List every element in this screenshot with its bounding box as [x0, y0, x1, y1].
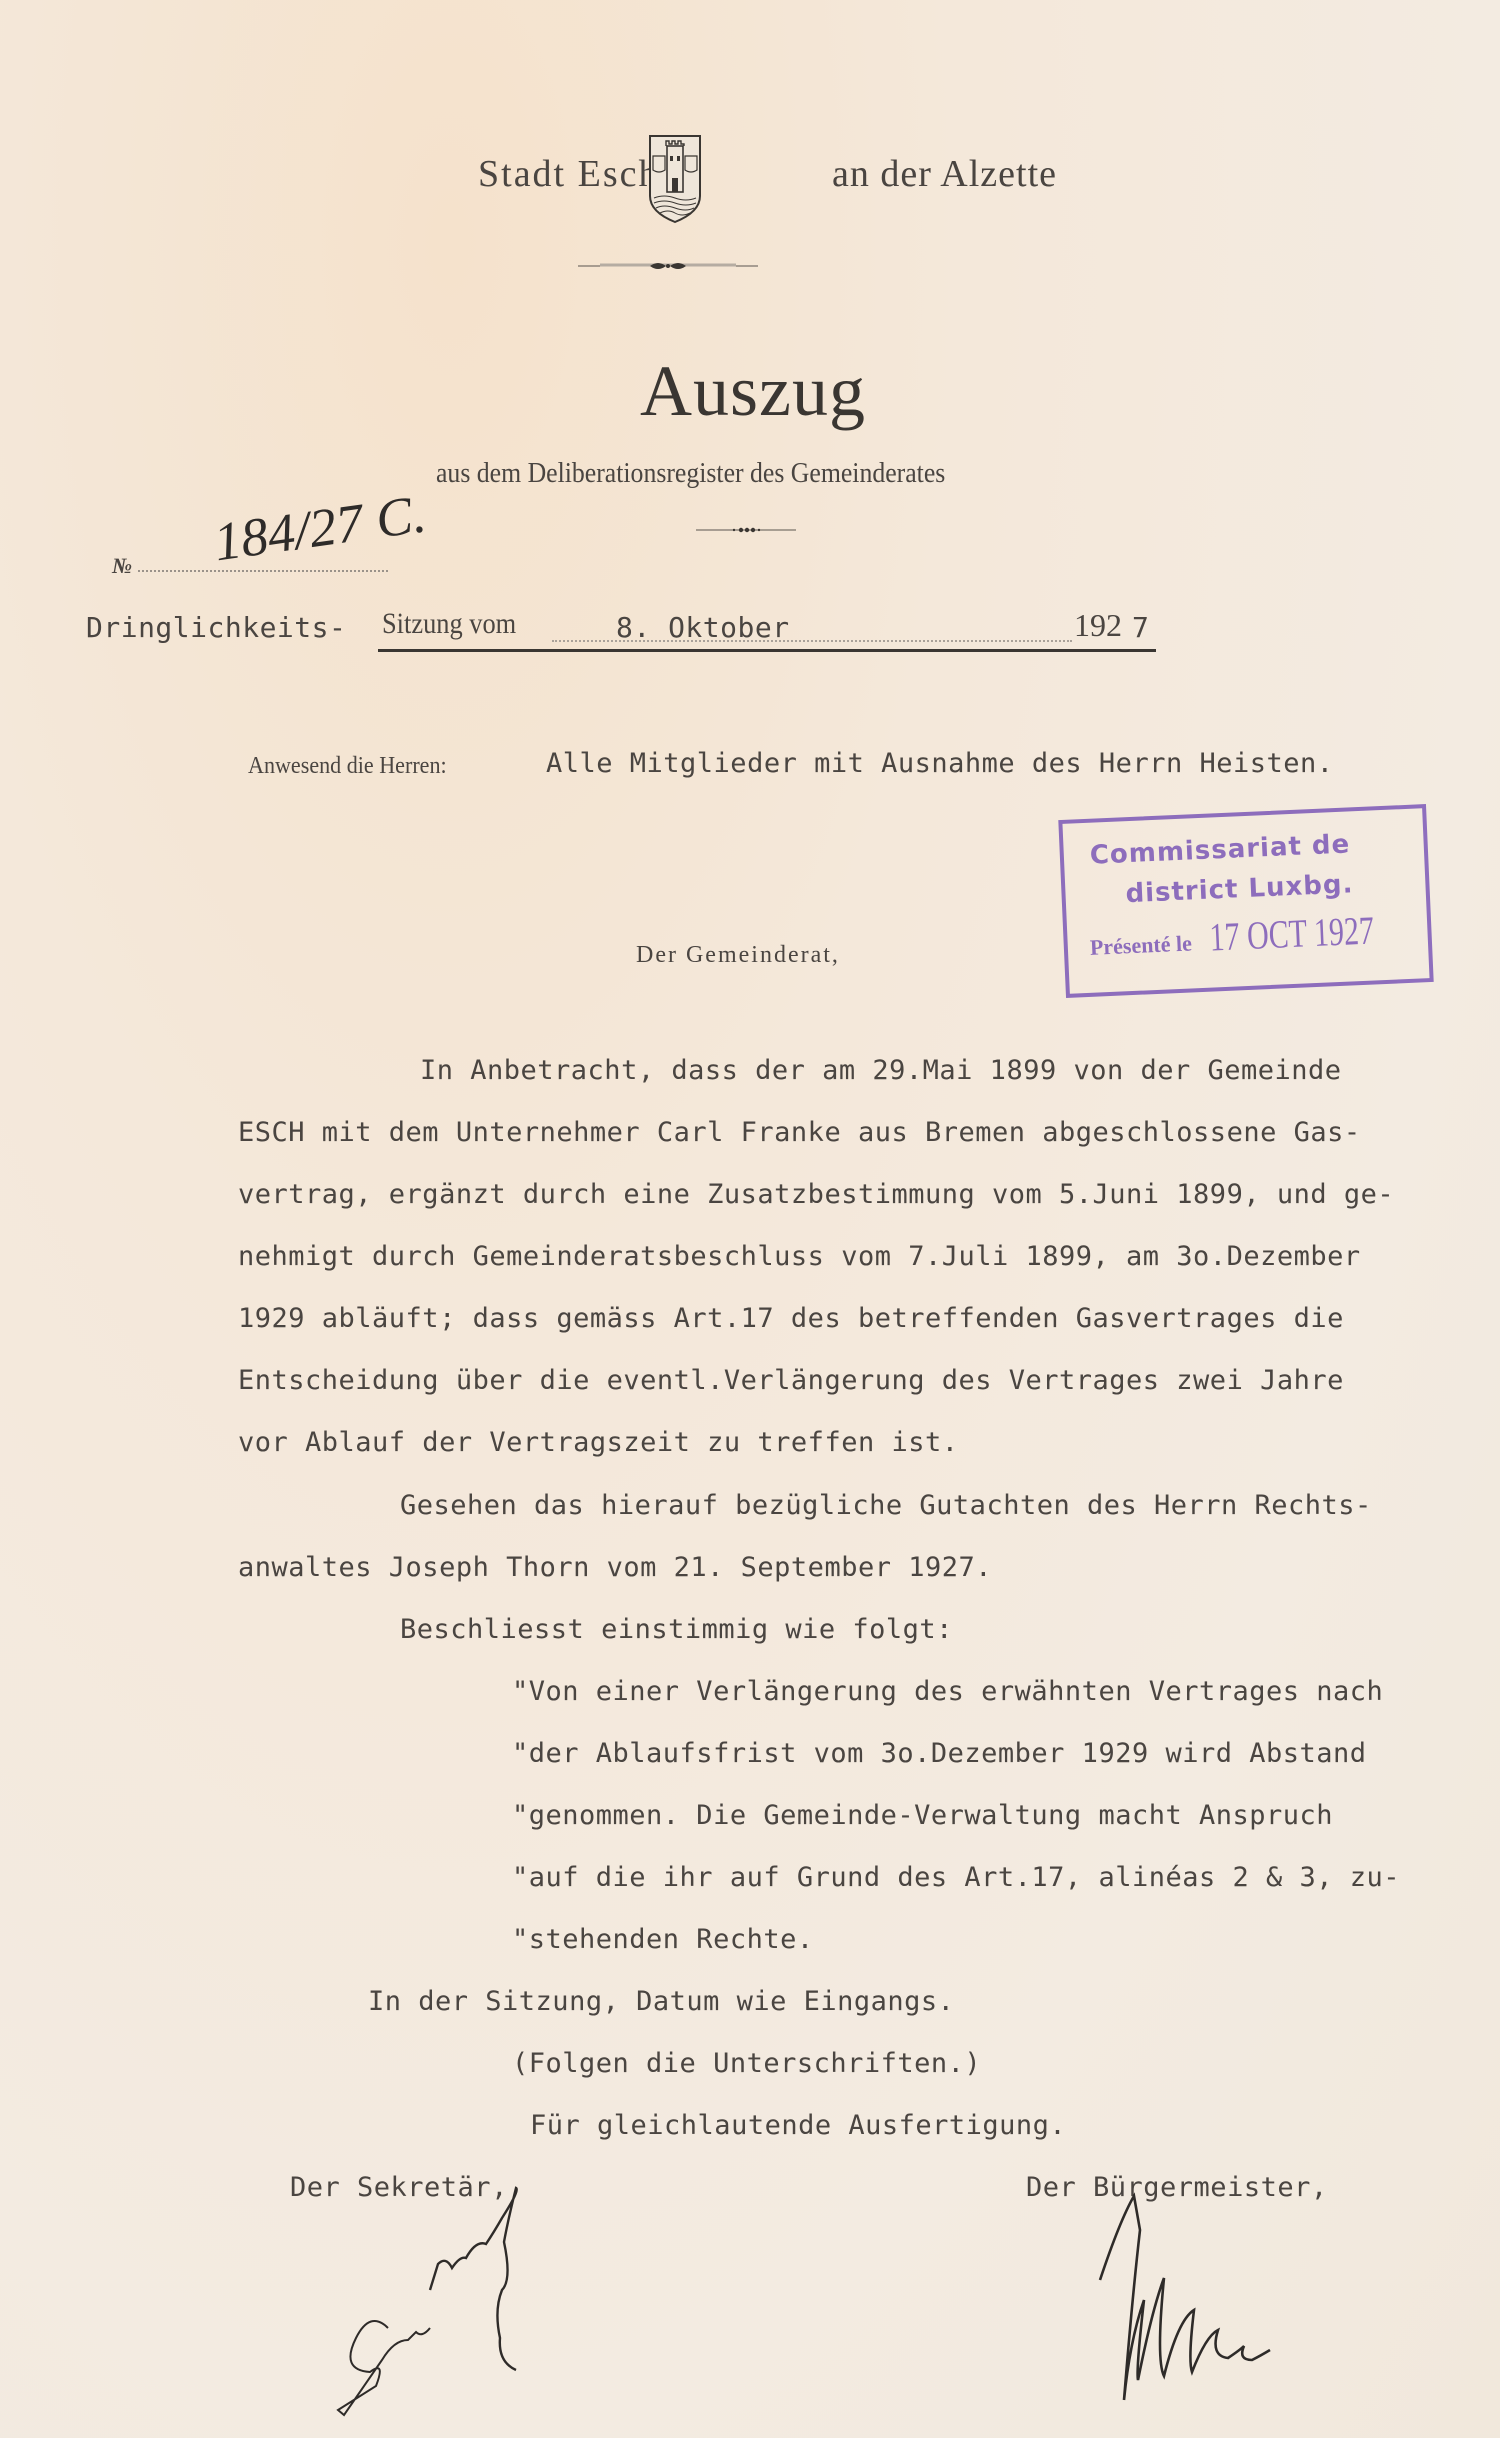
- city-name-left: Stadt Esch: [478, 152, 659, 196]
- divider-ornament: [578, 258, 758, 274]
- attendance-value: Alle Mitglieder mit Ausnahme des Herrn H…: [546, 748, 1334, 779]
- mayor-signature: [1060, 2160, 1360, 2425]
- closing-line: (Folgen die Unterschriften.): [512, 2048, 981, 2079]
- stamp-presented-label: Présenté le: [1089, 930, 1192, 960]
- body-line: vertrag, ergänzt durch eine Zusatzbestim…: [238, 1179, 1394, 1210]
- number-dotted-line: [138, 570, 388, 572]
- session-type: Dringlichkeits-: [86, 611, 346, 644]
- resolution-line: "der Ablaufsfrist vom 3o.Dezember 1929 w…: [512, 1738, 1367, 1769]
- closing-line: In der Sitzung, Datum wie Eingangs.: [368, 1986, 954, 2017]
- resolution-line: "stehenden Rechte.: [512, 1924, 814, 1955]
- session-underline: [378, 649, 1156, 652]
- council-heading: Der Gemeinderat,: [636, 942, 840, 969]
- body-line: anwaltes Joseph Thorn vom 21. September …: [238, 1552, 992, 1583]
- closing-line: Für gleichlautende Ausfertigung.: [530, 2110, 1066, 2141]
- session-label: Sitzung vom: [382, 607, 516, 641]
- body-line: In Anbetracht, dass der am 29.Mai 1899 v…: [420, 1055, 1342, 1086]
- body-line: nehmigt durch Gemeinderatsbeschluss vom …: [238, 1241, 1361, 1272]
- stamp-date: 17 OCT 1927: [1209, 906, 1375, 960]
- body-line: 1929 abläuft; dass gemäss Art.17 des bet…: [238, 1303, 1344, 1334]
- resolution-line: "genommen. Die Gemeinde-Verwaltung macht…: [512, 1800, 1333, 1831]
- document-title: Auszug: [640, 350, 866, 433]
- record-number: 184/27 C.: [210, 482, 430, 573]
- body-line: Gesehen das hierauf bezügliche Gutachten…: [400, 1490, 1372, 1521]
- divider-dots: [696, 522, 796, 532]
- resolution-line: "auf die ihr auf Grund des Art.17, aliné…: [512, 1862, 1400, 1893]
- attendance-label: Anwesend die Herren:: [248, 753, 447, 780]
- session-year-prefix: 192: [1074, 607, 1122, 644]
- body-line: ESCH mit dem Unternehmer Carl Franke aus…: [238, 1117, 1361, 1148]
- city-name-right: an der Alzette: [832, 152, 1057, 196]
- secretary-signature: [290, 2160, 550, 2425]
- session-date: 8. Oktober: [616, 611, 790, 644]
- body-line: vor Ablauf der Vertragszeit zu treffen i…: [238, 1427, 958, 1458]
- document-subtitle: aus dem Deliberationsregister des Gemein…: [436, 458, 945, 490]
- resolution-line: "Von einer Verlängerung des erwähnten Ve…: [512, 1676, 1383, 1707]
- body-line: Entscheidung über die eventl.Verlängerun…: [238, 1365, 1344, 1396]
- session-year-suffix: 7: [1132, 611, 1149, 644]
- receipt-stamp: Commissariat de district Luxbg. Présenté…: [1058, 804, 1433, 998]
- number-label: №: [112, 553, 132, 579]
- stamp-line-1: Commissariat de: [1089, 829, 1351, 870]
- body-line: Beschliesst einstimmig wie folgt:: [400, 1614, 953, 1645]
- coat-of-arms-icon: [648, 134, 702, 224]
- stamp-line-2: district Luxbg.: [1125, 869, 1354, 909]
